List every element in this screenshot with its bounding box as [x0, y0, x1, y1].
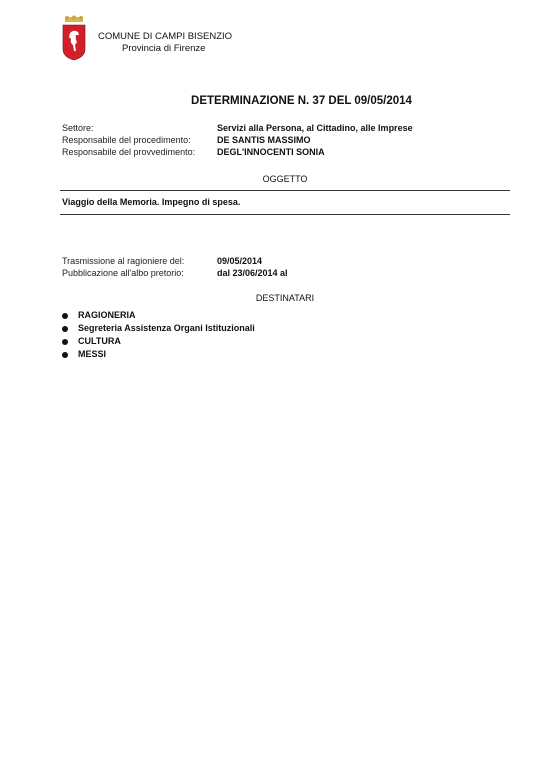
- recipient-name: Segreteria Assistenza Organi Istituziona…: [78, 322, 255, 335]
- recipient-name: MESSI: [78, 348, 106, 361]
- field-row: Settore: Servizi alla Persona, al Cittad…: [62, 122, 413, 134]
- field-value: 09/05/2014: [217, 255, 262, 267]
- province-name: Provincia di Firenze: [98, 43, 232, 55]
- divider: [60, 190, 510, 191]
- field-value: DE SANTIS MASSIMO: [217, 134, 311, 146]
- dates-info: Trasmissione al ragioniere del: 09/05/20…: [62, 255, 288, 279]
- divider: [60, 214, 510, 215]
- field-label: Pubblicazione all'albo pretorio:: [62, 267, 217, 279]
- field-label: Responsabile del provvedimento:: [62, 146, 217, 158]
- sector-info: Settore: Servizi alla Persona, al Cittad…: [62, 122, 413, 158]
- recipient-name: CULTURA: [78, 335, 121, 348]
- bullet-icon: [62, 352, 68, 358]
- field-row: Responsabile del provvedimento: DEGL'INN…: [62, 146, 413, 158]
- oggetto-heading: OGGETTO: [60, 174, 510, 184]
- document-title: DETERMINAZIONE N. 37 DEL 09/05/2014: [0, 95, 543, 107]
- field-value: dal 23/06/2014 al: [217, 267, 288, 279]
- recipient-name: RAGIONERIA: [78, 309, 136, 322]
- field-label: Responsabile del procedimento:: [62, 134, 217, 146]
- oggetto-text: Viaggio della Memoria. Impegno di spesa.: [62, 197, 240, 207]
- bullet-icon: [62, 313, 68, 319]
- field-label: Trasmissione al ragioniere del:: [62, 255, 217, 267]
- field-row: Responsabile del procedimento: DE SANTIS…: [62, 134, 413, 146]
- bullet-icon: [62, 326, 68, 332]
- list-item: CULTURA: [62, 335, 255, 348]
- destinatari-heading: DESTINATARI: [60, 293, 510, 303]
- list-item: Segreteria Assistenza Organi Istituziona…: [62, 322, 255, 335]
- field-label: Settore:: [62, 122, 217, 134]
- field-value: DEGL'INNOCENTI SONIA: [217, 146, 325, 158]
- document-page: COMUNE DI CAMPI BISENZIO Provincia di Fi…: [0, 0, 543, 768]
- municipal-crest-icon: [61, 15, 87, 61]
- list-item: MESSI: [62, 348, 255, 361]
- list-item: RAGIONERIA: [62, 309, 255, 322]
- municipality-header: COMUNE DI CAMPI BISENZIO Provincia di Fi…: [98, 31, 232, 55]
- destinatari-list: RAGIONERIA Segreteria Assistenza Organi …: [62, 309, 255, 361]
- bullet-icon: [62, 339, 68, 345]
- field-row: Trasmissione al ragioniere del: 09/05/20…: [62, 255, 288, 267]
- field-row: Pubblicazione all'albo pretorio: dal 23/…: [62, 267, 288, 279]
- municipality-name: COMUNE DI CAMPI BISENZIO: [98, 31, 232, 43]
- field-value: Servizi alla Persona, al Cittadino, alle…: [217, 122, 413, 134]
